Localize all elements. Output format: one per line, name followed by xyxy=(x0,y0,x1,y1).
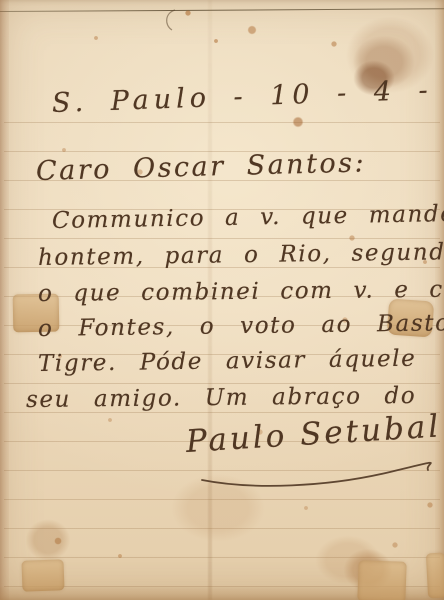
letter-scan: S. Paulo - 10 - 4 - 37 Caro Oscar Santos… xyxy=(0,0,444,600)
tape-residue-bottom-right xyxy=(357,560,406,600)
body-line-6: seu amigo. Um abraço do xyxy=(26,383,417,413)
letter-paper: S. Paulo - 10 - 4 - 37 Caro Oscar Santos… xyxy=(0,0,444,600)
stray-pen-mark xyxy=(162,8,180,32)
body-line-5: Tigre. Póde avisar áquele xyxy=(38,346,417,377)
signature-flourish xyxy=(198,460,434,492)
tape-residue-bottom-edge xyxy=(426,553,444,599)
body-line-3: o que combinei com v. e com xyxy=(38,276,444,307)
tape-residue-bottom-left xyxy=(21,559,64,591)
